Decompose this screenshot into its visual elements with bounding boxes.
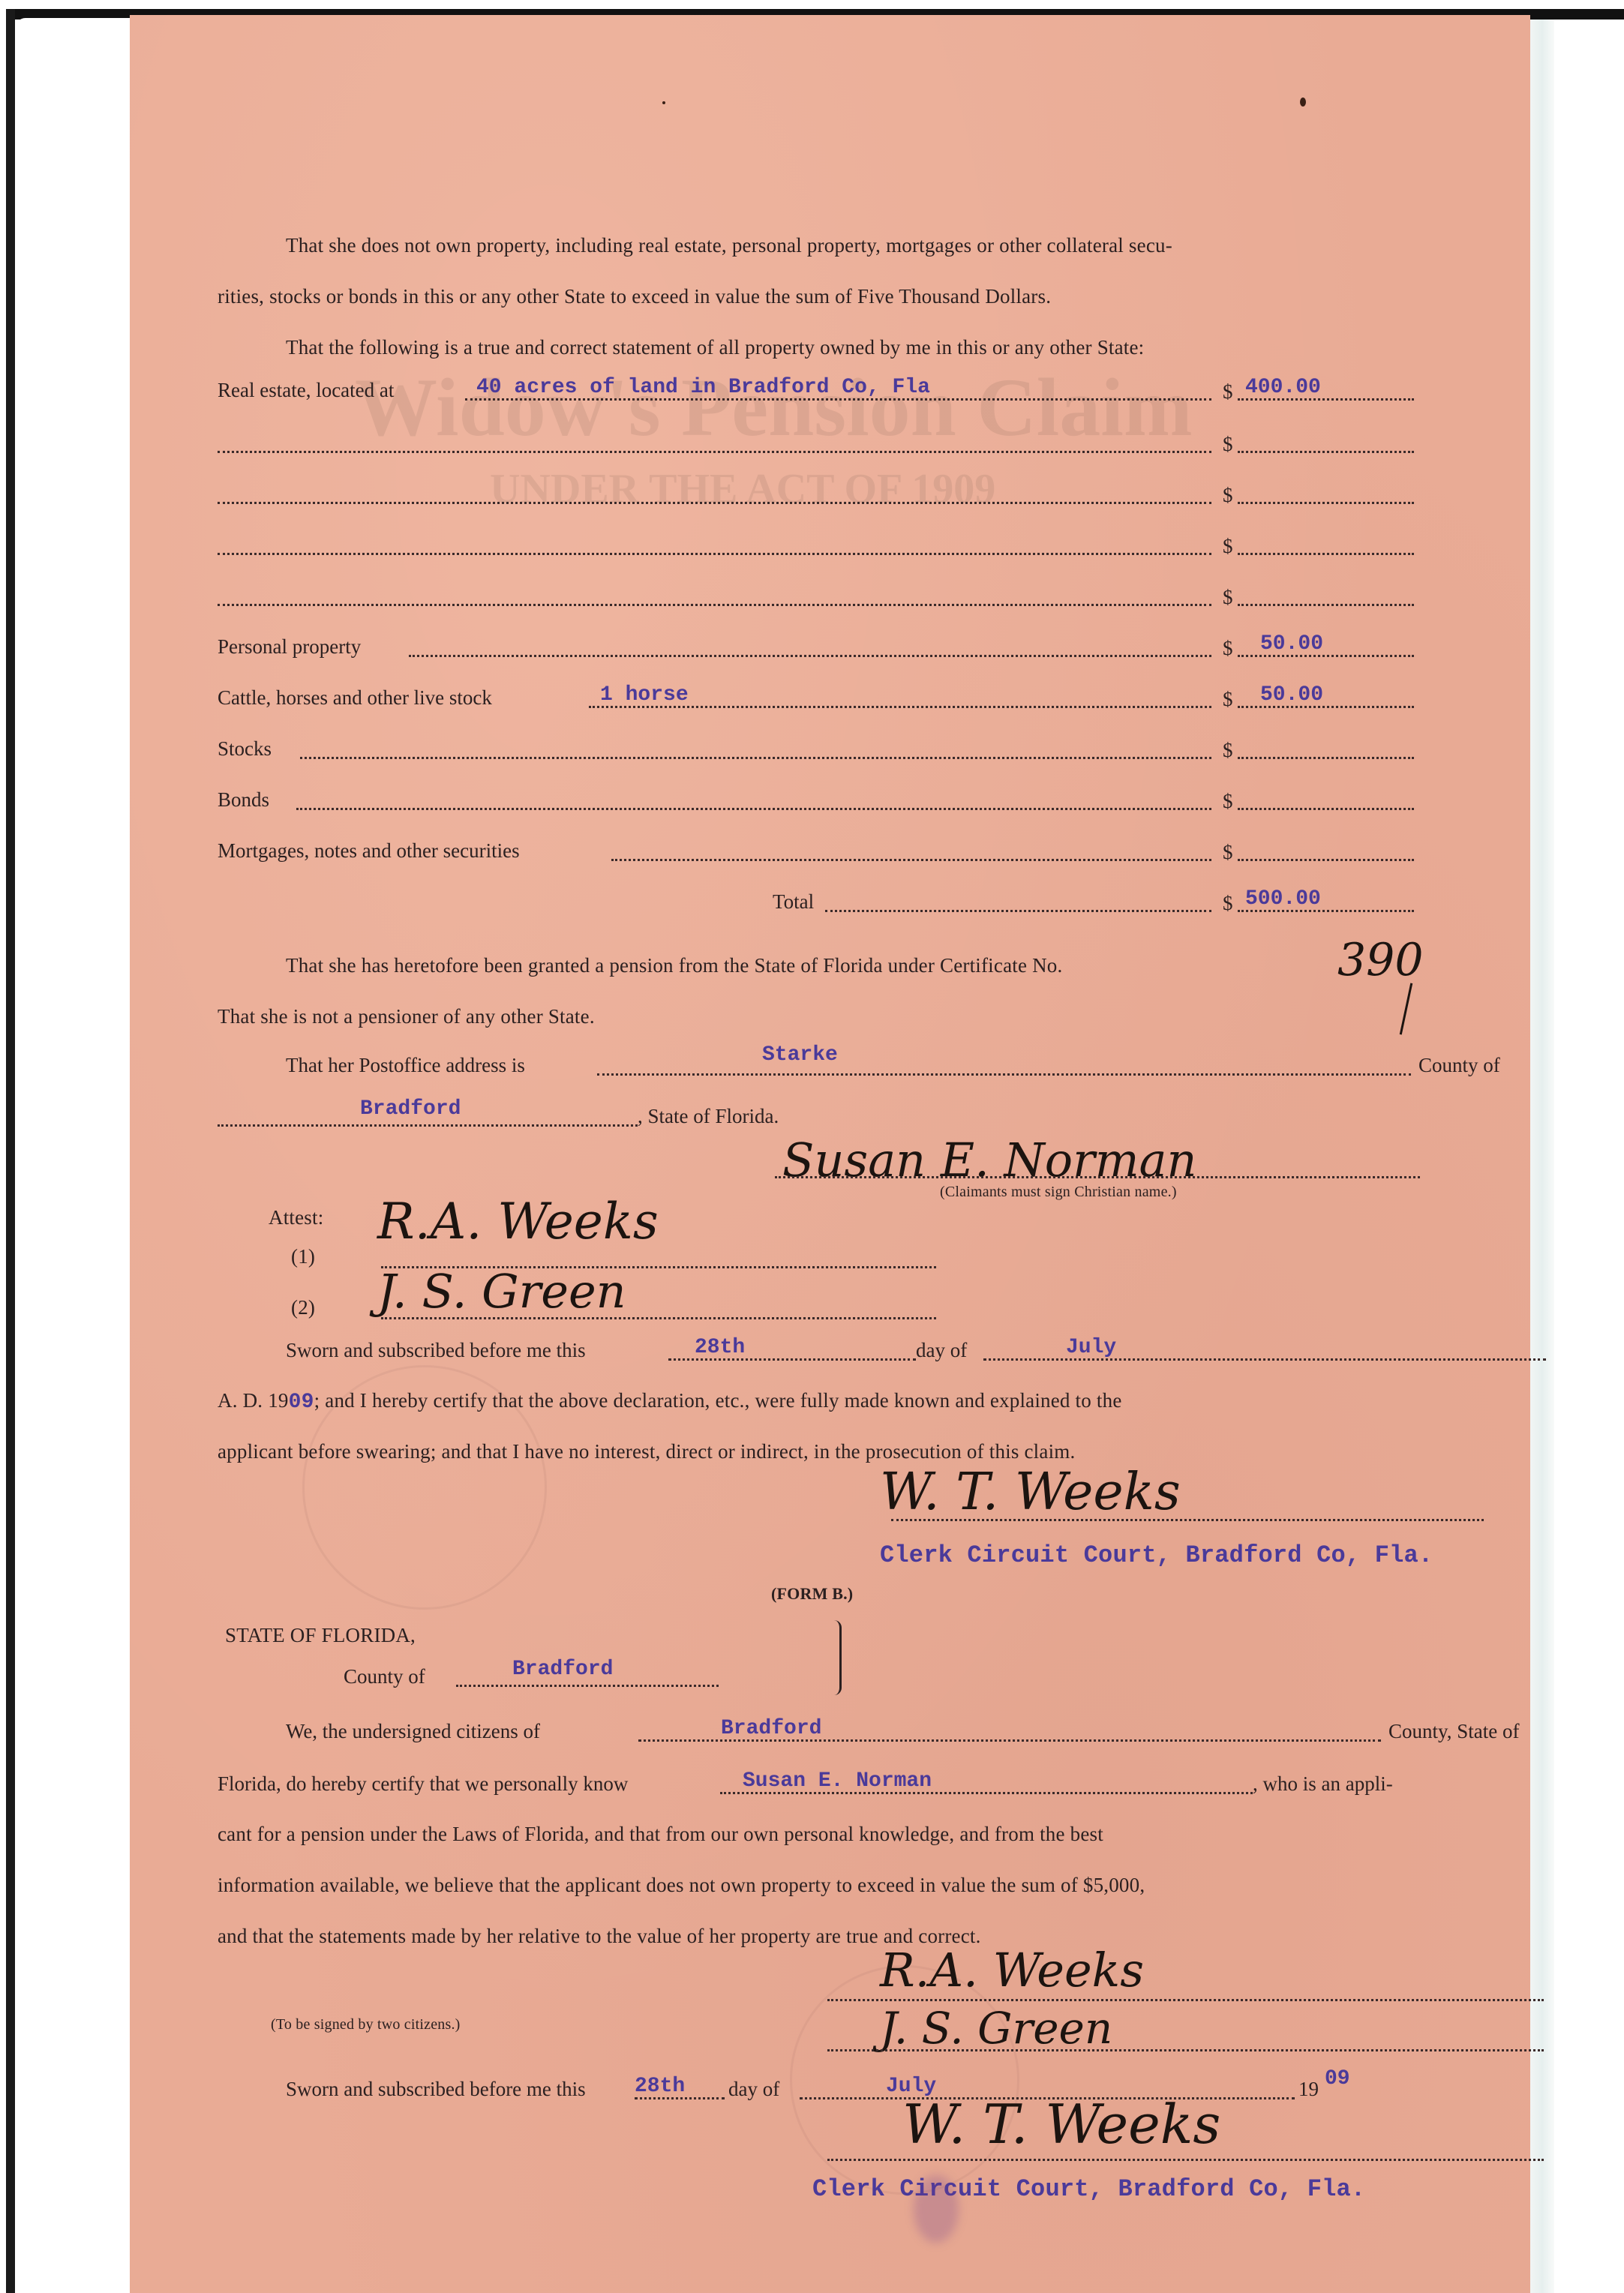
certificate-number[interactable]: 390 [1337,934,1424,986]
form-b-official-signature[interactable]: W. T. Weeks [902,2093,1220,2156]
total-label: Total [773,890,814,914]
sworn-month[interactable]: July [1066,1336,1116,1359]
ad-prefix: A. D. 19 [218,1389,289,1412]
dotted-leader [597,1073,1411,1076]
dotted-leader [218,451,1211,453]
dotted-leader [218,502,1211,504]
dollar-sign: $ [1223,892,1233,915]
dotted-leader [296,808,1211,810]
protective-sleeve-edge [1530,20,1554,2293]
dollar-sign: $ [1223,739,1233,762]
dollar-sign: $ [1223,380,1233,404]
stocks-label: Stocks [218,737,272,761]
certify-label: Florida, do hereby certify that we perso… [218,1772,628,1796]
real-estate-label: Real estate, located at [218,379,394,402]
blank-value-field[interactable] [1238,502,1414,504]
bonds-value-field[interactable] [1238,808,1414,810]
form-b-county-label: County of [344,1665,425,1688]
dollar-sign: $ [1223,790,1233,813]
form-b-day-of-label: day of [728,2078,779,2101]
ink-smudge [914,2175,959,2243]
blank-property-row-3: $ [218,530,1414,560]
state-of-florida-label: , State of Florida. [638,1105,779,1128]
scan-border-left [6,9,15,2293]
form-b-line-5: and that the statements made by her rela… [218,1925,981,1948]
official-signature-line [891,1519,1484,1521]
citizens-label: We, the undersigned citizens of [286,1720,540,1743]
dollar-sign: $ [1223,688,1233,711]
form-b-sworn-day[interactable]: 28th [635,2075,685,2098]
form-b-county-row: County of Bradford [344,1661,719,1691]
form-b-heading: (FORM B.) [771,1584,853,1604]
postoffice-label: That her Postoffice address is [286,1054,525,1077]
form-b-official-title: Clerk Circuit Court, Bradford Co, Fla. [812,2175,1365,2203]
citizen-2-signature[interactable]: J. S. Green [880,2003,1112,2054]
official-signature[interactable]: W. T. Weeks [880,1463,1181,1522]
bonds-label: Bonds [218,788,269,812]
real-estate-description[interactable]: 40 acres of land in Bradford Co, Fla [476,376,930,399]
postoffice-value[interactable]: Starke [762,1043,838,1067]
dollar-sign: $ [1223,586,1233,609]
signature-line [775,1176,1420,1178]
attest-label: Attest: [269,1206,323,1229]
applicant-name[interactable]: Susan E. Norman [743,1769,932,1793]
blank-property-row-2: $ [218,479,1414,509]
blank-value-field[interactable] [1238,451,1414,453]
personal-property-label: Personal property [218,635,361,659]
witness-1-number: (1) [291,1245,315,1268]
sworn-day[interactable]: 28th [695,1336,745,1359]
document-page: Widow's Pension Claim UNDER THE ACT OF 1… [130,15,1530,2293]
form-b-sworn-label: Sworn and subscribed before me this [286,2078,586,2101]
dollar-sign: $ [1223,841,1233,864]
citizen-1-line [827,1999,1544,2001]
county-of-label: County of [1418,1054,1500,1077]
blank-value-field[interactable] [1238,553,1414,555]
citizen-1-signature[interactable]: R.A. Weeks [880,1943,1144,1997]
mortgages-row: Mortgages, notes and other securities $ [218,836,1414,866]
bonds-row: Bonds $ [218,785,1414,815]
blank-property-row-4: $ [218,581,1414,611]
real-estate-value[interactable]: 400.00 [1245,376,1321,399]
citizens-county[interactable]: Bradford [721,1717,821,1740]
livestock-row: Cattle, horses and other live stock 1 ho… [218,683,1414,713]
applicant-suffix: , who is an appli- [1253,1772,1393,1796]
certify-line-2: applicant before swearing; and that I ha… [218,1440,1075,1463]
county-value[interactable]: Bradford [360,1097,461,1121]
dotted-leader [611,859,1211,861]
sworn-label: Sworn and subscribed before me this [286,1339,586,1362]
livestock-label: Cattle, horses and other live stock [218,686,492,710]
form-b-line-3: cant for a pension under the Laws of Flo… [218,1823,1103,1846]
dollar-sign: $ [1223,433,1233,456]
witness-1-signature[interactable]: R.A. Weeks [377,1193,659,1250]
witness-2-number: (2) [291,1296,315,1319]
certify-text: ; and I hereby certify that the above de… [314,1389,1122,1412]
pension-granted-text: That she has heretofore been granted a p… [286,954,1062,977]
intro-line-1: That she does not own property, includin… [286,234,1172,257]
ink-speck [662,101,665,104]
dotted-leader [409,655,1211,657]
mortgages-value-field[interactable] [1238,859,1414,861]
mortgages-label: Mortgages, notes and other securities [218,839,520,863]
dotted-leader [825,910,1211,912]
signed-by-two-note: (To be signed by two citizens.) [271,2016,461,2033]
bracket [829,1620,842,1695]
claimant-note: (Claimants must sign Christian name.) [940,1184,1177,1201]
year-suffix[interactable]: 09 [289,1391,314,1414]
applicant-row: Florida, do hereby certify that we perso… [218,1769,1545,1799]
day-of-label: day of [916,1339,967,1362]
county-row: Bradford , State of Florida. [218,1101,968,1131]
official-title: Clerk Circuit Court, Bradford Co, Fla. [880,1541,1433,1569]
stocks-value-field[interactable] [1238,757,1414,759]
witness-2-signature[interactable]: J. S. Green [377,1264,626,1319]
county-state-label: County, State of [1388,1720,1520,1743]
blank-value-field[interactable] [1238,604,1414,606]
form-b-year-suffix[interactable]: 09 [1325,2067,1350,2090]
dotted-leader [456,1685,719,1687]
blank-property-row-1: $ [218,428,1414,458]
not-pensioner-text: That she is not a pensioner of any other… [218,1005,595,1028]
ink-spot [1300,98,1306,107]
dotted-leader [218,604,1211,606]
form-b-county-value[interactable]: Bradford [512,1658,613,1681]
real-estate-row: Real estate, located at 40 acres of land… [218,375,1414,405]
postoffice-row: That her Postoffice address is Starke Co… [286,1050,1546,1080]
dollar-sign: $ [1223,535,1233,558]
dotted-leader [300,757,1211,759]
state-of-florida-heading: STATE OF FLORIDA, [225,1624,416,1647]
claimant-signature[interactable]: Susan E. Norman [782,1133,1196,1187]
intro-statement: That the following is a true and correct… [286,336,1144,359]
personal-property-value[interactable]: 50.00 [1260,632,1323,656]
dollar-sign: $ [1223,637,1233,660]
form-b-official-line [827,2159,1544,2161]
dotted-leader [218,553,1211,555]
livestock-description[interactable]: 1 horse [600,683,689,707]
personal-property-row: Personal property $ 50.00 [218,632,1414,662]
scan-margin [15,18,130,2293]
dotted-leader [635,2097,725,2099]
sworn-row: Sworn and subscribed before me this 28th… [286,1335,1546,1365]
form-b-line-4: information available, we believe that t… [218,1874,1145,1897]
dollar-sign: $ [1223,484,1233,507]
dotted-leader [218,1124,638,1127]
form-b-year-prefix: 19 [1298,2078,1319,2101]
intro-line-2: rities, stocks or bonds in this or any o… [218,285,1051,308]
citizens-row: We, the undersigned citizens of Bradford… [286,1716,1546,1746]
stocks-row: Stocks $ [218,734,1414,764]
pen-stroke [1400,983,1412,1034]
certify-line-1: A. D. 1909; and I hereby certify that th… [218,1389,1122,1414]
total-row: Total $ 500.00 [218,887,1414,917]
witness-2-line [381,1317,936,1319]
livestock-value[interactable]: 50.00 [1260,683,1323,707]
citizen-2-line [827,2049,1544,2051]
total-value[interactable]: 500.00 [1245,887,1321,911]
